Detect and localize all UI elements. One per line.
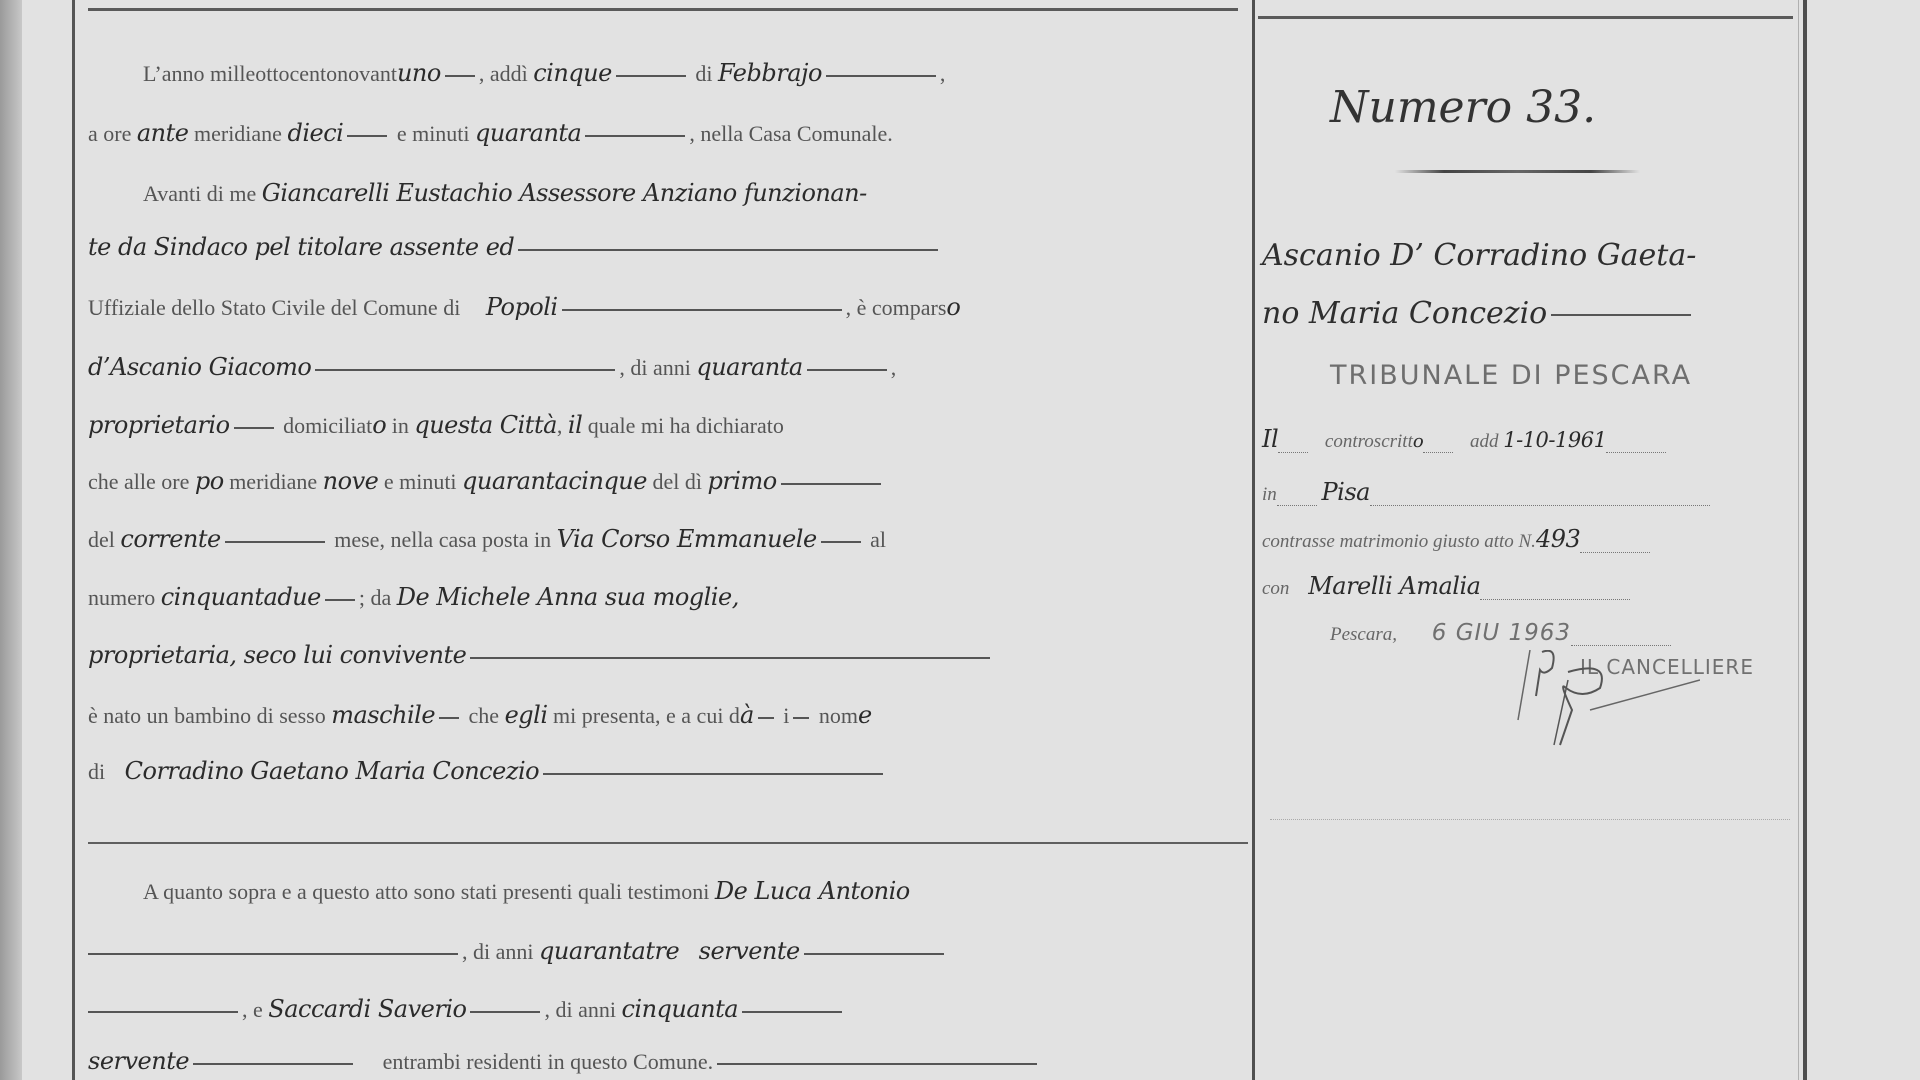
printed-text: e minuti [397, 121, 470, 146]
record-line-officer: Avanti di me Giancarelli Eustachio Asses… [88, 178, 1293, 209]
printed-text: nom [819, 703, 858, 728]
handwritten-act-number: 493 [1536, 525, 1580, 553]
handwritten-hour: dieci [287, 119, 343, 147]
tribunal-stamp-title: TRIBUNALE DI PESCARA [1330, 360, 1870, 391]
handwritten-il: Il [1262, 425, 1278, 453]
printed-text: L’anno milleottocentonovant [143, 61, 397, 86]
handwritten-suffix: o [1413, 431, 1423, 452]
handwritten-profession: proprietario [88, 411, 230, 439]
record-number: Numero 33. [1330, 82, 1870, 133]
printed-text: in [1262, 484, 1277, 505]
printed-text: è nato un bambino di sesso [88, 703, 326, 728]
handwritten-ante: ante [137, 119, 189, 147]
numero-label: Numero [1330, 82, 1512, 133]
record-line-address: del corrente mese, nella casa posta in V… [88, 524, 1238, 555]
printed-text: di [695, 61, 712, 86]
printed-text: , [557, 413, 568, 438]
record-line-mother-cont: proprietaria, seco lui convivente [88, 640, 1238, 671]
witness-line-1-age: , di anni quarantatre servente [88, 936, 1238, 967]
handwritten-officer: Giancarelli Eustachio Assessore Anziano … [262, 179, 867, 207]
printed-text: , [891, 355, 897, 380]
record-line-profession: proprietario domiciliato in questa Città… [88, 410, 1238, 441]
handwritten-comune: Popoli [486, 293, 558, 321]
handwritten-declarant: d’Ascanio Giacomo [88, 353, 311, 381]
handwritten-mother: De Michele Anna sua moglie, [397, 583, 739, 611]
faint-ruled-line [1270, 818, 1790, 820]
date-stamp: 6 GIU 1963 [1432, 620, 1571, 646]
record-line-time: a ore ante meridiane dieci e minuti quar… [88, 118, 1238, 149]
printed-text: ; da [359, 585, 391, 610]
printed-text: meridiane [194, 121, 282, 146]
handwritten-age: quaranta [696, 353, 802, 381]
printed-text: , addì [479, 61, 528, 86]
printed-text: meridiane [229, 469, 317, 494]
handwritten-egli: egli [505, 701, 548, 729]
handwritten-suffix: e [858, 701, 872, 729]
handwritten-minutes: quaranta [475, 119, 581, 147]
printed-text: , e [242, 997, 263, 1022]
handwritten-witness-1-age: quarantatre [539, 937, 679, 965]
annotation-line-4: con Marelli Amalia [1262, 572, 1802, 600]
ornamental-flourish [1395, 170, 1640, 173]
handwritten-spouse: Marelli Amalia [1308, 572, 1480, 600]
handwritten-birth-day: primo [707, 467, 776, 495]
handwritten-birth-hour: nove [323, 467, 379, 495]
printed-text: A quanto sopra e a questo atto sono stat… [143, 879, 709, 904]
numero-value: 33. [1526, 82, 1596, 133]
witness-line-2-profession: servente entrambi residenti in questo Co… [88, 1046, 1238, 1077]
printed-text: , [940, 61, 946, 86]
handwritten-year: uno [397, 59, 441, 87]
handwritten-witness-2: Saccardi Saverio [268, 995, 466, 1023]
handwritten-child-name: Corradino Gaetano Maria Concezio [125, 757, 539, 785]
record-line-birth-time: che alle ore po meridiane nove e minuti … [88, 466, 1238, 497]
record-line-number-mother: numero cinquantadue; da De Michele Anna … [88, 582, 1238, 613]
handwritten-month: Febbrajo [718, 59, 822, 87]
handwritten-house-number: cinquantadue [161, 583, 321, 611]
printed-text: mese, nella casa posta in [334, 527, 551, 552]
handwritten-article: il [568, 411, 582, 439]
witness-line-intro: A quanto sopra e a questo atto sono stat… [88, 876, 1293, 907]
right-frame-border [1803, 0, 1807, 1080]
record-line-officer-cont: te da Sindaco pel titolare assente ed [88, 232, 1238, 263]
record-line-declarant: d’Ascanio Giacomo, di anni quaranta, [88, 352, 1238, 383]
column-divider [1252, 0, 1255, 1080]
printed-text: , di anni [544, 997, 616, 1022]
printed-text: controscritt [1325, 431, 1413, 452]
annotation-line-3: contrasse matrimonio giusto atto N.493 [1262, 525, 1802, 553]
subject-name-line-2: no Maria Concezio [1262, 296, 1802, 331]
handwritten-suffix: o [946, 293, 960, 321]
subject-name-line-1: Ascanio D’ Corradino Gaeta- [1262, 238, 1802, 273]
handwritten-mother-cont: proprietaria, seco lui convivente [88, 641, 466, 669]
handwritten-marriage-date: 1-10-1961 [1503, 428, 1606, 452]
record-line-comune: Uffiziale dello Stato Civile del Comune … [88, 292, 1238, 323]
handwritten-residence: questa Città [414, 411, 557, 439]
handwritten-subject-name-cont: no Maria Concezio [1262, 296, 1547, 331]
handwritten-pomeridiane: po [195, 467, 224, 495]
annotation-line-1: Il controscritto add 1-10-1961 [1262, 425, 1802, 453]
printed-text: i [783, 703, 789, 728]
printed-text: , è compars [846, 295, 947, 320]
printed-text: che [469, 703, 500, 728]
handwritten-witness-2-age: cinquanta [621, 995, 738, 1023]
printed-text: domiciliat [283, 413, 372, 438]
printed-text: a ore [88, 121, 131, 146]
handwritten-current: corrente [120, 525, 220, 553]
handwritten-birth-minutes: quarantacinque [462, 467, 647, 495]
handwritten-day: cinque [533, 59, 612, 87]
printed-text: con [1262, 578, 1289, 599]
printed-text: e minuti [384, 469, 457, 494]
printed-text: contrasse matrimonio giusto atto N. [1262, 531, 1536, 552]
handwritten-sex: maschile [331, 701, 435, 729]
record-line-child-name: di Corradino Gaetano Maria Concezio [88, 756, 1238, 787]
annotation-line-2: in Pisa [1262, 478, 1802, 506]
handwritten-witness-2-profession: servente [88, 1047, 189, 1075]
printed-text: che alle ore [88, 469, 189, 494]
printed-text: , nella Casa Comunale. [689, 121, 892, 146]
cancelliere-signature-icon [1510, 650, 1700, 760]
handwritten-subject-name: Ascanio D’ Corradino Gaeta- [1262, 238, 1696, 273]
section-separator [88, 842, 1248, 844]
printed-text: del dì [652, 469, 702, 494]
top-rule-right [1258, 16, 1793, 19]
record-line-date: L’anno milleottocentonovantuno, addì cin… [88, 58, 1293, 89]
printed-text: , di anni [619, 355, 691, 380]
handwritten-witness-1-profession: servente [699, 937, 800, 965]
printed-text: in [392, 413, 409, 438]
printed-text: Uffiziale dello Stato Civile del Comune … [88, 295, 460, 320]
handwritten-da: à [740, 701, 754, 729]
binding-margin [0, 0, 22, 1080]
printed-text: del [88, 527, 115, 552]
printed-text: add [1470, 431, 1499, 452]
printed-text: di [88, 759, 105, 784]
printed-text: quale mi ha dichiarato [588, 413, 784, 438]
record-line-child-sex: è nato un bambino di sesso maschile che … [88, 700, 1238, 731]
annotation-line-5: Pescara, 6 GIU 1963 [1330, 620, 1870, 646]
handwritten-suffix: o [372, 411, 386, 439]
handwritten-place: Pisa [1322, 478, 1370, 506]
printed-text: , di anni [462, 939, 534, 964]
printed-text: numero [88, 585, 155, 610]
printed-text: Avanti di me [143, 181, 256, 206]
top-rule-left [88, 8, 1238, 11]
handwritten-witness-1: De Luca Antonio [715, 877, 910, 905]
printed-text: Pescara, [1330, 624, 1397, 645]
printed-text: al [870, 527, 886, 552]
witness-line-2: , e Saccardi Saverio, di anni cinquanta [88, 994, 1238, 1025]
handwritten-officer-cont: te da Sindaco pel titolare assente ed [88, 233, 514, 261]
handwritten-street: Via Corso Emmanuele [557, 525, 817, 553]
printed-text: entrambi residenti in questo Comune. [383, 1049, 714, 1074]
printed-text: mi presenta, e a cui d [553, 703, 740, 728]
left-frame-border [72, 0, 75, 1080]
